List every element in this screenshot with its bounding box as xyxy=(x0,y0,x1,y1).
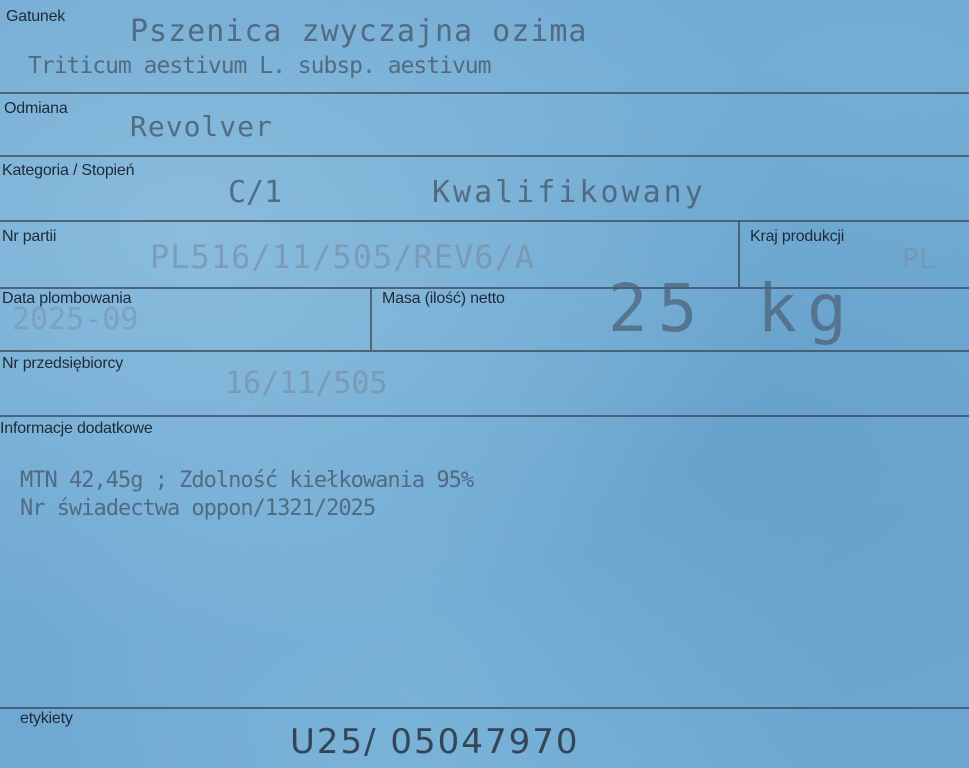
lot-label: Nr partii xyxy=(2,228,56,246)
operator-label: Nr przedsiębiorcy xyxy=(2,355,123,373)
divider-vertical xyxy=(370,288,372,350)
divider xyxy=(0,155,969,157)
species-name: Pszenica zwyczajna ozima xyxy=(130,14,587,49)
additional-info-label: Informacje dodatkowe xyxy=(0,420,153,438)
net-mass-value: 25 kg xyxy=(608,270,857,347)
divider xyxy=(0,350,969,352)
divider xyxy=(0,220,969,222)
species-latin-name: Triticum aestivum L. subsp. aestivum xyxy=(28,53,491,79)
operator-value: 16/11/505 xyxy=(225,366,388,401)
species-label: Gatunek xyxy=(6,8,65,26)
country-value: PL xyxy=(902,242,936,275)
category-code: C/1 xyxy=(228,175,282,210)
divider xyxy=(0,707,969,709)
category-value: Kwalifikowany xyxy=(432,175,706,210)
category-label: Kategoria / Stopień xyxy=(2,162,134,180)
country-label: Kraj produkcji xyxy=(750,228,844,246)
sealing-date-value: 2025-09 xyxy=(12,302,138,337)
divider xyxy=(0,92,969,94)
tag-number-value: U25/ 05047970 xyxy=(290,722,579,762)
divider xyxy=(0,415,969,417)
additional-info-line: Nr świadectwa oppon/1321/2025 xyxy=(20,496,375,521)
lot-value: PL516/11/505/REV6/A xyxy=(150,238,535,276)
net-mass-label: Masa (ilość) netto xyxy=(382,290,505,308)
additional-info-line: MTN 42,45g ; Zdolność kiełkowania 95% xyxy=(20,468,473,493)
variety-label: Odmiana xyxy=(4,100,68,118)
tag-number-label: etykiety xyxy=(20,710,73,728)
variety-value: Revolver xyxy=(130,110,273,143)
